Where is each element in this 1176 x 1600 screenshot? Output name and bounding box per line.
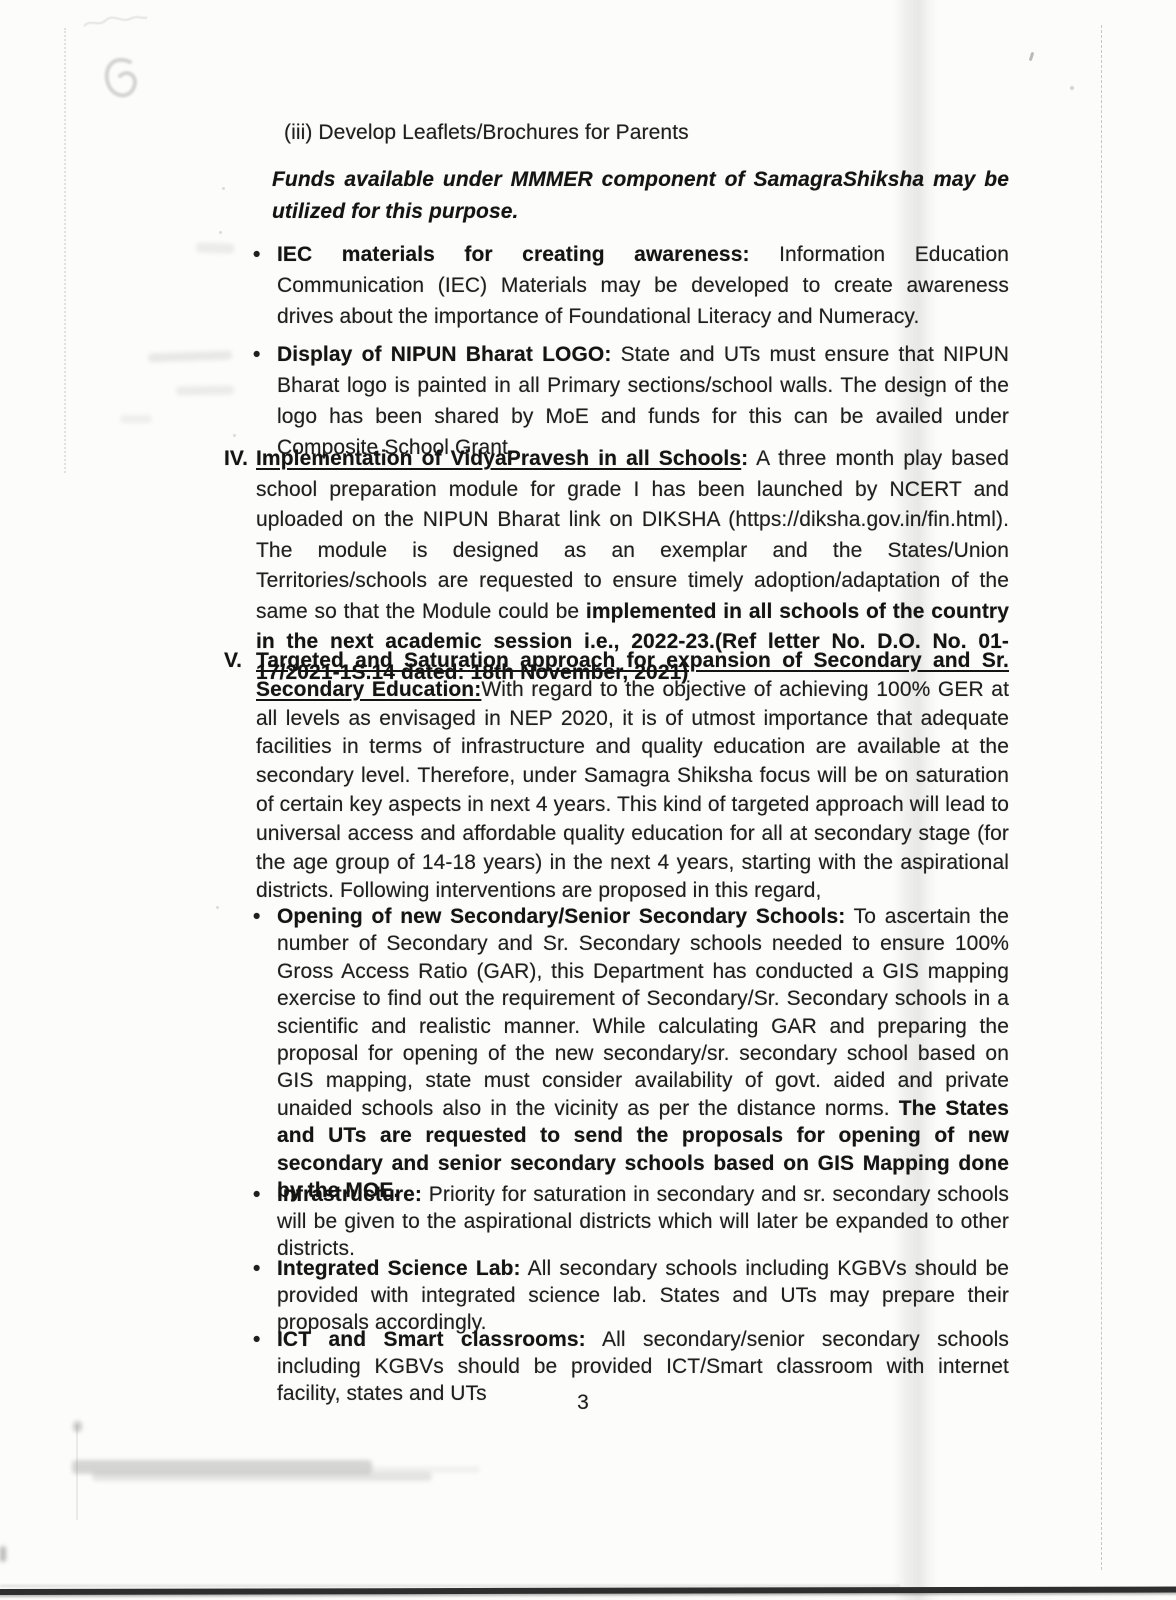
bullet-title: Opening of new Secondary/Senior Secondar… — [277, 905, 845, 928]
bullet-title: Integrated Science Lab: — [277, 1257, 521, 1280]
scan-speck — [219, 231, 222, 234]
scan-speck — [222, 187, 225, 190]
bullet-text: Opening of new Secondary/Senior Secondar… — [277, 903, 1009, 1204]
section-text: Targeted and Saturation approach for exp… — [256, 647, 1009, 906]
scan-speck-apostrophe — [1029, 52, 1035, 61]
section-v-targeted-saturation: V. Targeted and Saturation approach for … — [224, 647, 1009, 906]
toner-smudge-tick — [73, 1421, 82, 1432]
bullet-icon: • — [253, 339, 277, 370]
section-number: IV. — [224, 444, 256, 475]
scanned-document-page: (iii) Develop Leaflets/Brochures for Par… — [0, 0, 1176, 1600]
pencil-smudge — [196, 242, 234, 253]
scan-speck — [1070, 86, 1074, 90]
toner-smudge-streak — [370, 1466, 480, 1473]
bullet-icon: • — [253, 239, 277, 270]
toner-smudge-streak — [72, 1460, 372, 1474]
bullet-item-infrastructure: • Infrastructure: Priority for saturatio… — [253, 1181, 1009, 1262]
pencil-smudge — [120, 415, 152, 423]
bullet-text: IEC materials for creating awareness: In… — [277, 239, 1009, 332]
bullet-item-iec-materials: • IEC materials for creating awareness: … — [253, 239, 1009, 332]
section-heading: Implementation of VidyaPravesh in all Sc… — [256, 447, 741, 470]
bullet-title: Infrastructure: — [277, 1183, 422, 1206]
scan-dotted-line-left — [64, 28, 66, 473]
bullet-text: Integrated Science Lab: All secondary sc… — [277, 1255, 1009, 1336]
bullet-icon: • — [253, 1326, 277, 1353]
bullet-text: Infrastructure: Priority for saturation … — [277, 1181, 1009, 1262]
pencil-smudge — [176, 385, 234, 395]
funds-note: Funds available under MMMER component of… — [272, 164, 1009, 228]
bullet-icon: • — [253, 903, 277, 930]
bullet-title: ICT and Smart classrooms: — [277, 1328, 586, 1351]
bullet-icon: • — [253, 1181, 277, 1208]
scan-bottom-edge-bar — [0, 1587, 1176, 1595]
pencil-smudge — [148, 351, 232, 363]
bullet-title: Display of NIPUN Bharat LOGO: — [277, 343, 611, 366]
section-body: With regard to the objective of achievin… — [256, 678, 1009, 903]
bullet-icon: • — [253, 1255, 277, 1282]
list-item-iii: (iii) Develop Leaflets/Brochures for Par… — [284, 117, 844, 148]
bullet-title: IEC materials for creating awareness: — [277, 243, 750, 266]
bullet-body: To ascertain the number of Secondary and… — [277, 905, 1009, 1120]
scan-speck — [216, 906, 219, 909]
bullet-item-science-lab: • Integrated Science Lab: All secondary … — [253, 1255, 1009, 1336]
section-body: A three month play based school preparat… — [256, 447, 1009, 623]
section-number: V. — [224, 647, 256, 676]
toner-smudge-streak — [92, 1472, 432, 1481]
page-number: 3 — [0, 1387, 1166, 1418]
edge-mark — [0, 1546, 6, 1562]
ink-smudge-curl — [96, 50, 148, 112]
scan-edge-halo — [0, 1585, 900, 1587]
faint-pencil-scribble — [80, 10, 150, 34]
bullet-item-opening-schools: • Opening of new Secondary/Senior Second… — [253, 903, 1009, 1204]
scan-fold-dotted-line-right — [1101, 25, 1102, 1570]
scan-speck — [233, 434, 236, 437]
faint-vertical-mark — [76, 1425, 78, 1520]
